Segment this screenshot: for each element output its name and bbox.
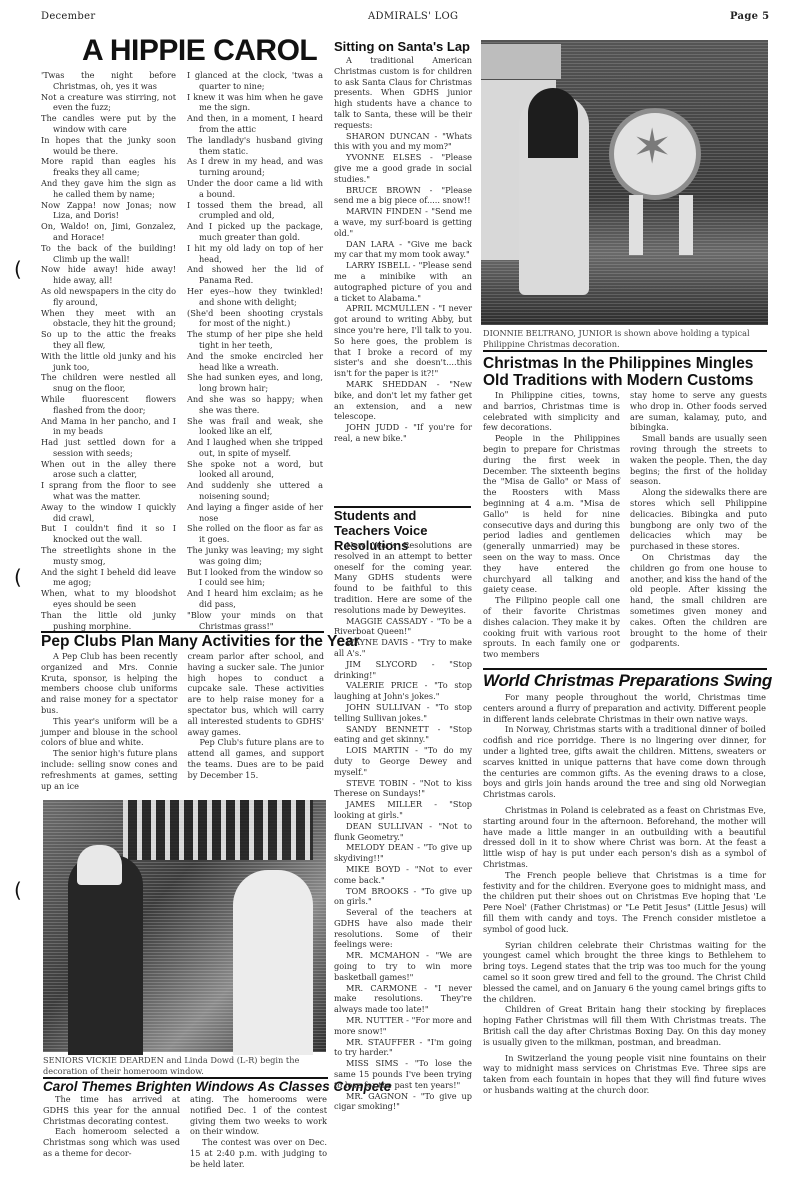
- poem-line: And showed her the lid of Panama Red.: [187, 264, 323, 286]
- photo-philippine-decoration: ✶: [481, 40, 768, 325]
- photo-lantern-tail: [679, 195, 693, 255]
- request-item: DAN LARA - "Give me back my car that my …: [334, 239, 472, 261]
- paragraph: ating. The homerooms were notified Dec. …: [190, 1094, 327, 1137]
- poem-line: And laying a finger aside of her nose: [187, 502, 323, 524]
- resolution-item: TOM BROOKS - "To give up on girls.": [334, 886, 472, 908]
- resolution-item: WAYNE DAVIS - "Try to make all A's.": [334, 637, 472, 659]
- poem-line: But I couldn't find it so I knocked out …: [41, 523, 176, 545]
- article-body: For many people throughout the world, Ch…: [483, 692, 766, 1096]
- resolution-item: JIM SLYCORD - "Stop drinking!": [334, 659, 472, 681]
- resolution-item: MR. STAUFFER - "I'm going to try harder.…: [334, 1037, 472, 1059]
- poem-line: The candles were put by the window with …: [41, 113, 176, 135]
- photo-detail-bars: [123, 800, 313, 860]
- poem-line: As old newspapers in the city do fly aro…: [41, 286, 176, 308]
- poem-line: I sprang from the floor to see what was …: [41, 480, 176, 502]
- article-column: A Pep Club has been recently organized a…: [41, 651, 178, 791]
- poem-line: (She'd been shooting crystals for most o…: [187, 308, 323, 330]
- photo-caption: DIONNIE BELTRANO, JUNIOR is shown above …: [483, 328, 768, 349]
- article-headline: World Christmas Preparations Swing: [483, 672, 772, 689]
- poem-line: Had just settled down for a session with…: [41, 437, 176, 459]
- poem-line: With the little old junky and his junk t…: [41, 351, 176, 373]
- poem-line: I knew it was him when he gave me the si…: [187, 92, 323, 114]
- paragraph: Christmas in Poland is celebrated as a f…: [483, 805, 766, 870]
- poem-line: Now hide away! hide away! hide away, all…: [41, 264, 176, 286]
- photo-homeroom-window: [43, 800, 326, 1052]
- request-item: BRUCE BROWN - "Please send me a big piec…: [334, 185, 472, 207]
- request-item: MARK SHEDDAN - "New bike, and don't let …: [334, 379, 472, 422]
- resolution-item: MR. GAGNON - "To give up cigar smoking!": [334, 1091, 472, 1113]
- resolution-item: STEVE TOBIN - "Not to kiss Therese on Su…: [334, 778, 472, 800]
- poem-line: But I looked from the window so I could …: [187, 567, 323, 589]
- poem-line: On, Waldo! on, Jimi, Gonzalez, and Horac…: [41, 221, 176, 243]
- poem-line: I glanced at the clock, 'twas a quarter …: [187, 70, 323, 92]
- poem-line: When out in the alley there arose such a…: [41, 459, 176, 481]
- photo-person-hair: [528, 88, 578, 158]
- poem-line: And then, in a moment, I heard from the …: [187, 113, 323, 135]
- poem-line: The stump of her pipe she held tight in …: [187, 329, 323, 351]
- poem-line: And Mama in her pancho, and I in my bead…: [41, 416, 176, 438]
- article-headline: Christmas In the Philippines Mingles Old…: [483, 355, 773, 389]
- article-body: New Year's Resolutions are resolved in a…: [334, 540, 472, 1112]
- issue-month: December: [41, 11, 95, 22]
- poem-line: The streetlights shone in the musty smog…: [41, 545, 176, 567]
- paragraph: cream parlor after school, and having a …: [188, 651, 325, 737]
- poem-line: And they gave him the sign as he called …: [41, 178, 176, 200]
- star-icon: ✶: [632, 123, 672, 171]
- paragraph: New Year's Resolutions are resolved in a…: [334, 540, 472, 616]
- poem-line: In hopes that the junky soon would be th…: [41, 135, 176, 157]
- article-body: A traditional American Christmas custom …: [334, 55, 472, 444]
- poem-line: To the back of the building! Climb up th…: [41, 243, 176, 265]
- article-body: The time has arrived at GDHS this year f…: [43, 1094, 327, 1170]
- poem-line: "Blow your minds on that Christmas grass…: [187, 610, 323, 632]
- paragraph: Children of Great Britain hang their sto…: [483, 1004, 766, 1047]
- paragraph: The French people believe that Christmas…: [483, 870, 766, 935]
- request-item: SHARON DUNCAN - "Whats this with you and…: [334, 131, 472, 153]
- binder-hole-mark: (: [14, 878, 22, 902]
- poem-line: More rapid than eagles his freaks they a…: [41, 156, 176, 178]
- resolution-item: VALERIE PRICE - "To stop laughing at Joh…: [334, 680, 472, 702]
- poem-column-2: I glanced at the clock, 'twas a quarter …: [187, 70, 323, 631]
- resolution-item: SANDY BENNETT - "Stop eating and get ski…: [334, 724, 472, 746]
- resolution-item: MR. MCMAHON - "We are going to try to wi…: [334, 950, 472, 982]
- request-item: LARRY ISBELL - "Please send me a minibik…: [334, 260, 472, 303]
- poem-line: Than the little old junky pushing morphi…: [41, 610, 176, 632]
- publication-name: ADMIRALS' LOG: [368, 11, 458, 22]
- poem-line: The junky was leaving; my sight was goin…: [187, 545, 323, 567]
- poem-line: And the sight I beheld did leave me agog…: [41, 567, 176, 589]
- poem-line: And she was so happy; when she was there…: [187, 394, 323, 416]
- paragraph: stay home to serve any guests who drop i…: [630, 390, 767, 433]
- article-headline: Sitting on Santa's Lap: [334, 40, 470, 53]
- paragraph: On Christmas day the children go from on…: [630, 552, 767, 649]
- poem-line: She was frail and weak, she looked like …: [187, 416, 323, 438]
- article-column: ating. The homerooms were notified Dec. …: [190, 1094, 327, 1170]
- article-column: The time has arrived at GDHS this year f…: [43, 1094, 180, 1170]
- poem-line: She had sunken eyes, and long, long brow…: [187, 372, 323, 394]
- poem-line: I tossed them the bread, all crumpled an…: [187, 200, 323, 222]
- paragraph: Small bands are usually seen roving thro…: [630, 433, 767, 487]
- article-headline: Pep Clubs Plan Many Activities for the Y…: [41, 634, 360, 650]
- poem-line: 'Twas the night before Christmas, oh, ye…: [41, 70, 176, 92]
- paragraph: The contest was over on Dec. 15 at 2:40 …: [190, 1137, 327, 1169]
- article-headline: A HIPPIE CAROL: [82, 36, 317, 66]
- article-body: A Pep Club has been recently organized a…: [41, 651, 324, 791]
- paragraph: Along the sidewalks there are stores whi…: [630, 487, 767, 552]
- poem-line: And I laughed when she tripped out, in s…: [187, 437, 323, 459]
- resolution-item: JAMES MILLER - "Stop looking at girls.": [334, 799, 472, 821]
- article-column: cream parlor after school, and having a …: [188, 651, 325, 791]
- divider-rule: [483, 668, 767, 670]
- binder-hole-mark: (: [14, 257, 22, 281]
- poem-line: Away to the window I quickly did crawl,: [41, 502, 176, 524]
- poem-line: Now Zappa! now Jonas; now Liza, and Dori…: [41, 200, 176, 222]
- photo-figure-left: [68, 855, 143, 1055]
- paragraph: A traditional American Christmas custom …: [334, 55, 472, 131]
- poem-line: And I picked up the package, much greate…: [187, 221, 323, 243]
- paragraph: The senior high's future plans include: …: [41, 748, 178, 791]
- poem-line: She rolled on the floor as far as it goe…: [187, 523, 323, 545]
- paragraph: Syrian children celebrate their Christma…: [483, 940, 766, 1005]
- paragraph: This year's uniform will be a jumper and…: [41, 716, 178, 748]
- divider-rule: [483, 350, 767, 352]
- resolution-item: MAGGIE CASSADY - "To be a Riverboat Quee…: [334, 616, 472, 638]
- paragraph: Several of the teachers at GDHS have als…: [334, 907, 472, 950]
- paragraph: A Pep Club has been recently organized a…: [41, 651, 178, 716]
- paragraph: Pep Club's future plans are to attend al…: [188, 737, 325, 780]
- poem-line: And suddenly she uttered a noisening sou…: [187, 480, 323, 502]
- poem-line: And I heard him exclaim; as he did pass,: [187, 588, 323, 610]
- poem-line: When they meet with an obstacle, they hi…: [41, 308, 176, 330]
- request-item: MARVIN FINDEN - "Send me a wave, my surf…: [334, 206, 472, 238]
- poem-line: The landlady's husband giving them stati…: [187, 135, 323, 157]
- poem-line: While fluorescent flowers flashed from t…: [41, 394, 176, 416]
- paragraph: The time has arrived at GDHS this year f…: [43, 1094, 180, 1126]
- resolution-item: DEAN SULLIVAN - "Not to flunk Geometry.": [334, 821, 472, 843]
- paragraph: The Filipino people call one of their fa…: [483, 595, 620, 660]
- page-number: Page 5: [730, 11, 769, 22]
- poem-column-1: 'Twas the night before Christmas, oh, ye…: [41, 70, 176, 631]
- resolution-item: MIKE BOYD - "Not to ever come back.": [334, 864, 472, 886]
- poem-line: The children were nestled all snug on th…: [41, 372, 176, 394]
- request-item: JOHN JUDD - "If you're for real, a new b…: [334, 422, 472, 444]
- poem-line: She spoke not a word, but looked all aro…: [187, 459, 323, 481]
- paragraph: In Norway, Christmas starts with a tradi…: [483, 724, 766, 800]
- poem-line: As I drew in my head, and was turning ar…: [187, 156, 323, 178]
- paragraph: In Switzerland the young people visit ni…: [483, 1053, 766, 1096]
- photo-figure-right: [233, 870, 313, 1055]
- resolution-item: JOHN SULLIVAN - "To stop telling Sulliva…: [334, 702, 472, 724]
- photo-roof: [481, 44, 561, 79]
- poem-line: I hit my old lady on top of her head,: [187, 243, 323, 265]
- paragraph: People in the Philippines begin to prepa…: [483, 433, 620, 595]
- request-item: YVONNE ELSES - "Please give me a good gr…: [334, 152, 472, 184]
- photo-lantern-tail: [629, 195, 643, 255]
- paragraph: Each homeroom selected a Christmas song …: [43, 1126, 180, 1158]
- binder-hole-mark: (: [14, 565, 22, 589]
- poem-line: Her eyes--how they twinkled! and shone w…: [187, 286, 323, 308]
- resolution-item: MR. NUTTER - "For more and more snow!": [334, 1015, 472, 1037]
- poem-line: When, what to my bloodshot eyes should b…: [41, 588, 176, 610]
- article-column: In Philippine cities, towns, and barrios…: [483, 390, 620, 660]
- paragraph: For many people throughout the world, Ch…: [483, 692, 766, 724]
- request-item: APRIL MCMULLEN - "I never got around to …: [334, 303, 472, 379]
- paragraph: In Philippine cities, towns, and barrios…: [483, 390, 620, 433]
- resolution-item: MELODY DEAN - "To give up skydiving!!": [334, 842, 472, 864]
- article-column: stay home to serve any guests who drop i…: [630, 390, 767, 660]
- poem-line: And the smoke encircled her head like a …: [187, 351, 323, 373]
- resolution-item: LOIS MARTIN - "To do my duty to George D…: [334, 745, 472, 777]
- photo-headscarf: [77, 845, 122, 885]
- photo-caption: SENIORS VICKIE DEARDEN and Linda Dowd (L…: [43, 1055, 328, 1076]
- resolution-item: MISS SIMS - "To lose the same 15 pounds …: [334, 1058, 472, 1090]
- poem-line: Not a creature was stirring, not even th…: [41, 92, 176, 114]
- resolution-item: MR. CARMONE - "I never make resolutions.…: [334, 983, 472, 1015]
- poem-line: So up to the attic the freaks they all f…: [41, 329, 176, 351]
- photo-parol-star-lantern: ✶: [609, 108, 701, 200]
- poem-line: Under the door came a lid with a bound.: [187, 178, 323, 200]
- article-body: In Philippine cities, towns, and barrios…: [483, 390, 767, 660]
